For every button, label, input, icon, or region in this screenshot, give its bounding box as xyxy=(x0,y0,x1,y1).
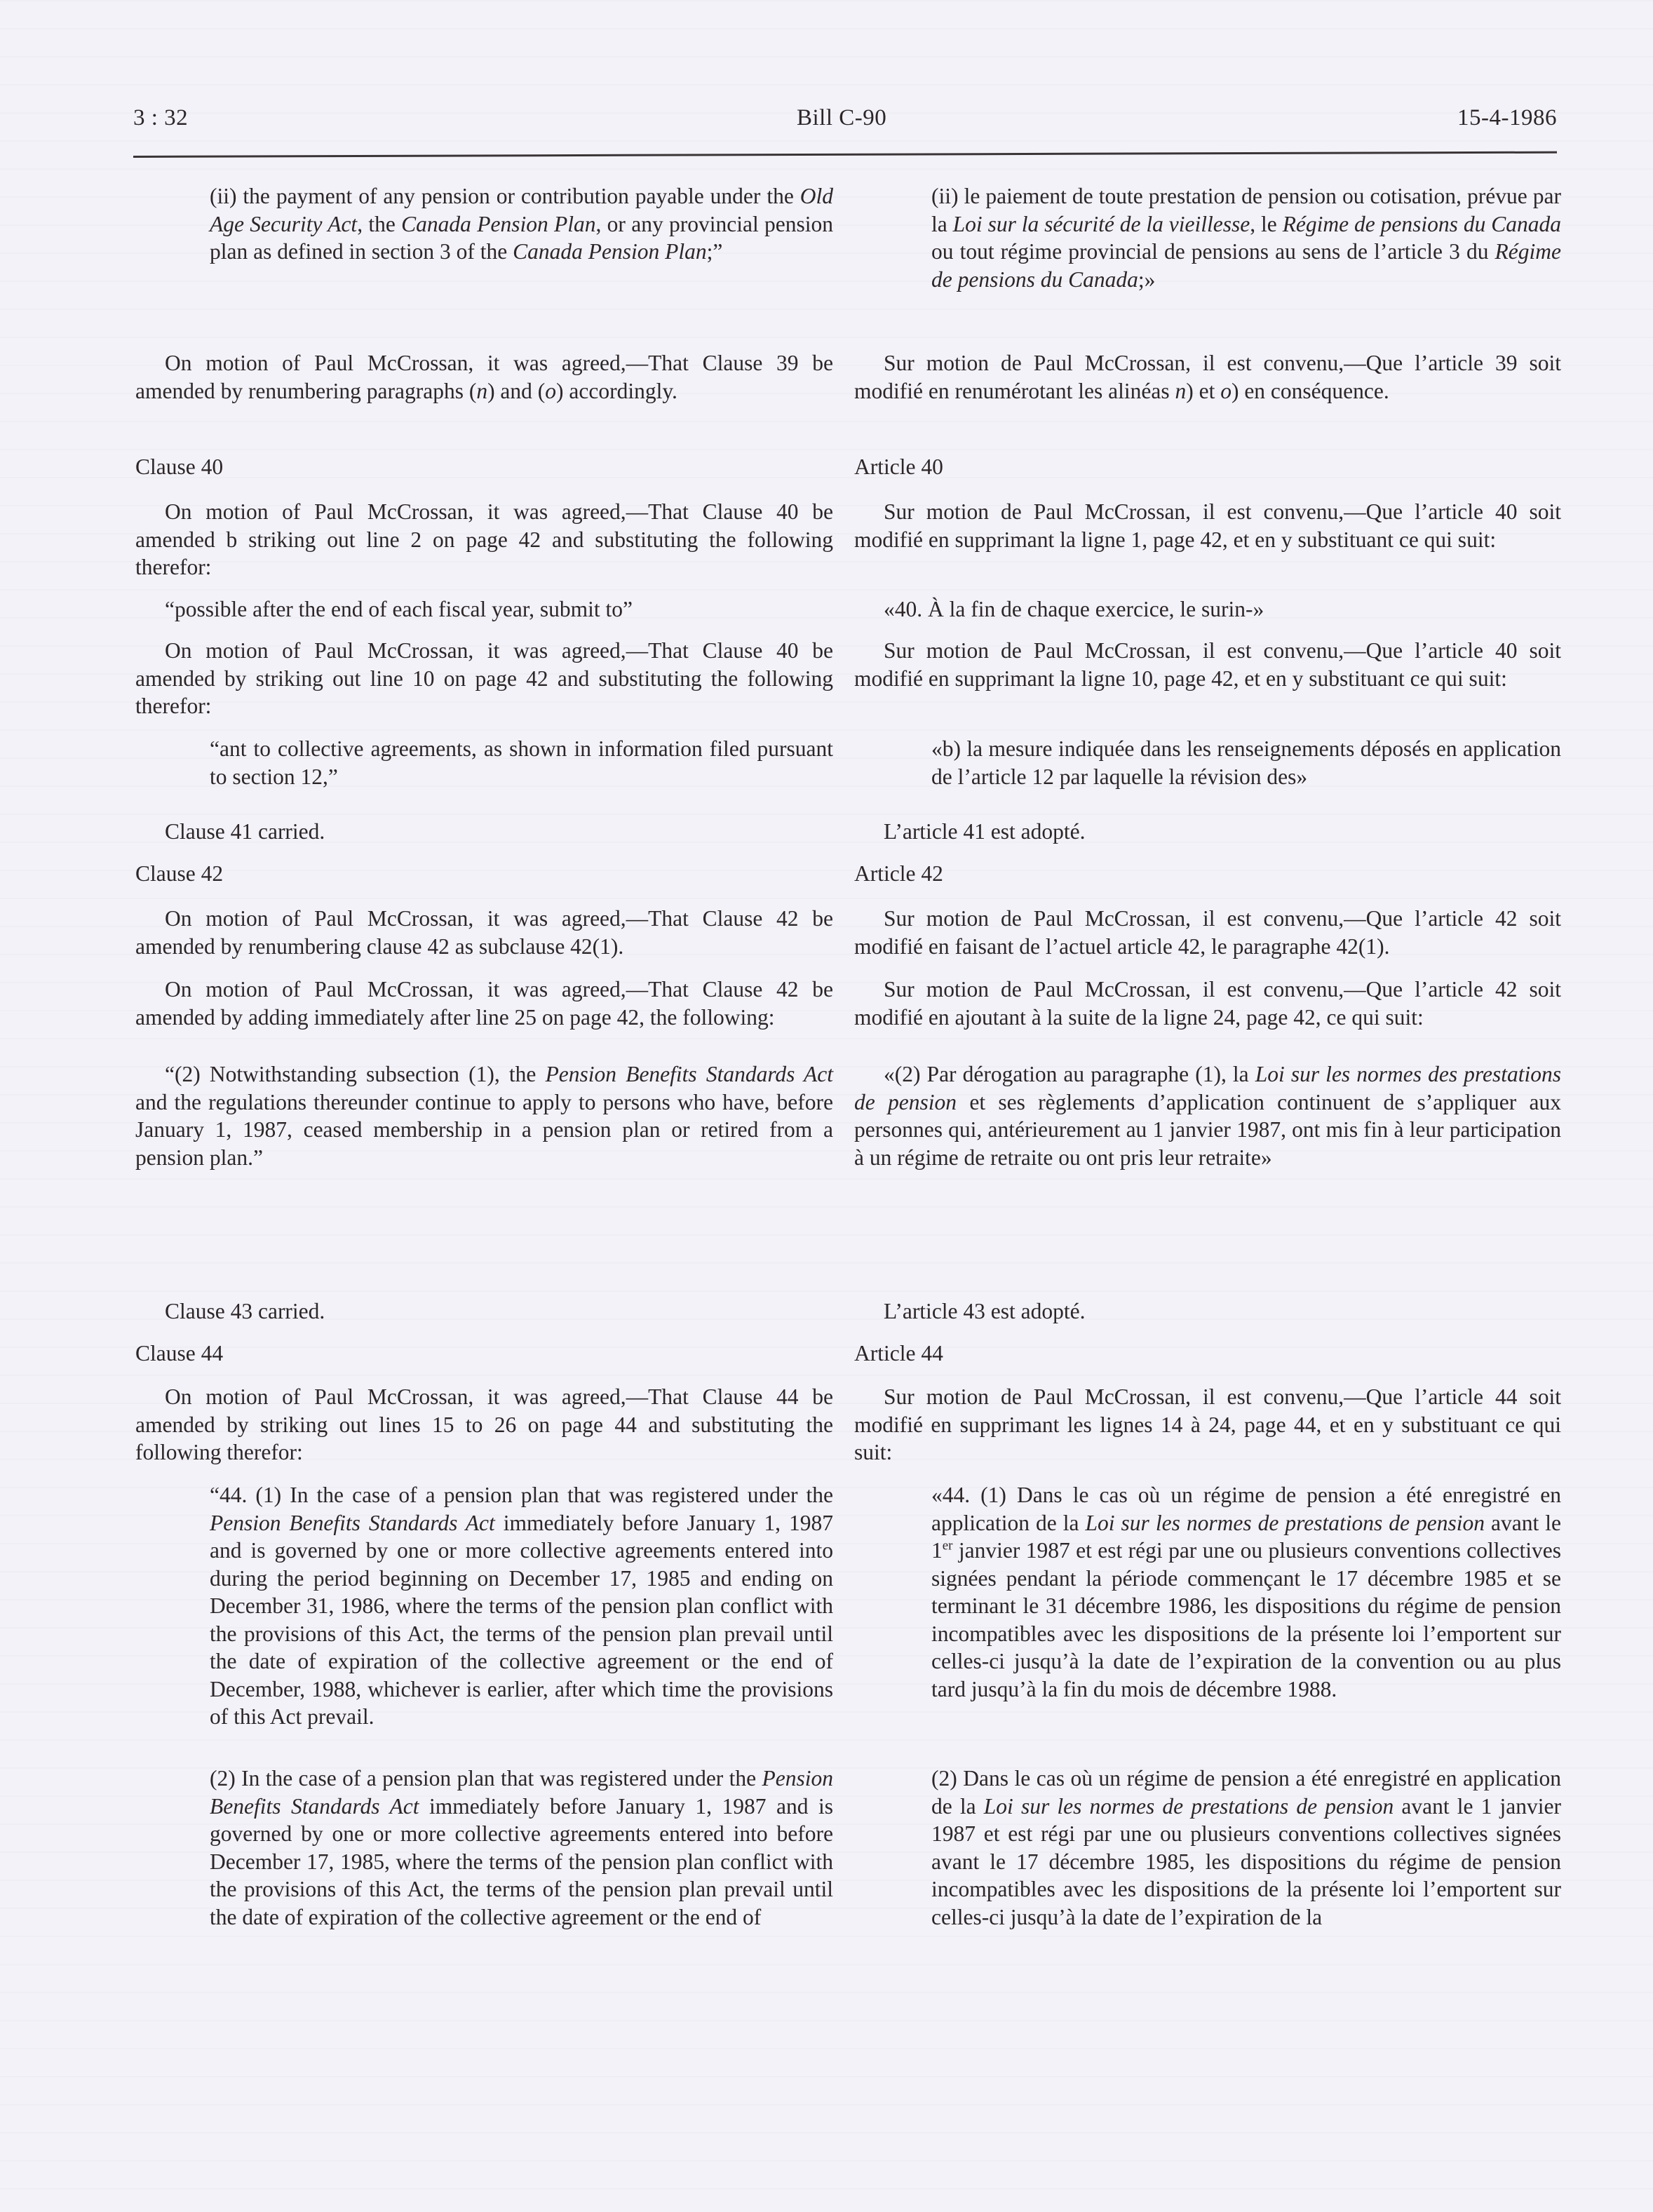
en-quote-clause-40-b: “ant to collective agreements, as shown … xyxy=(210,735,833,790)
fr-quote-article-40-a: «40. À la fin de chaque exercice, le sur… xyxy=(854,595,1561,623)
en-clause-41-carried: Clause 41 carried. xyxy=(135,818,833,846)
en-clause-43-carried: Clause 43 carried. xyxy=(135,1297,833,1326)
running-header: 3 : 32 Bill C-90 15-4-1986 xyxy=(133,105,1557,156)
fr-motion-article-40-a: Sur motion de Paul McCrossan, il est con… xyxy=(854,498,1561,553)
en-heading-clause-40: Clause 40 xyxy=(135,453,833,481)
header-date: 15-4-1986 xyxy=(1457,105,1557,131)
en-quote-clause-42: “(2) Notwithstanding subsection (1), the… xyxy=(135,1060,833,1171)
fr-quote-article-44-2: (2) Dans le cas où un régime de pension … xyxy=(931,1765,1561,1931)
en-heading-clause-42: Clause 42 xyxy=(135,860,833,888)
fr-heading-article-40: Article 40 xyxy=(854,453,1561,481)
document-page: 3 : 32 Bill C-90 15-4-1986 (ii) the paym… xyxy=(0,0,1653,2212)
en-subparagraph-ii: (ii) the payment of any pension or contr… xyxy=(210,182,833,266)
en-quote-clause-44-1: “44. (1) In the case of a pension plan t… xyxy=(210,1481,833,1731)
en-motion-clause-40-b: On motion of Paul McCrossan, it was agre… xyxy=(135,637,833,720)
en-motion-clause-44: On motion of Paul McCrossan, it was agre… xyxy=(135,1383,833,1466)
fr-heading-article-42: Article 42 xyxy=(854,860,1561,888)
fr-motion-article-44: Sur motion de Paul McCrossan, il est con… xyxy=(854,1383,1561,1466)
en-motion-clause-42-b: On motion of Paul McCrossan, it was agre… xyxy=(135,976,833,1031)
fr-quote-article-44-1: «44. (1) Dans le cas où un régime de pen… xyxy=(931,1481,1561,1703)
fr-motion-article-40-b: Sur motion de Paul McCrossan, il est con… xyxy=(854,637,1561,692)
fr-article-43-adopted: L’article 43 est adopté. xyxy=(854,1297,1561,1326)
en-motion-clause-42-a: On motion of Paul McCrossan, it was agre… xyxy=(135,905,833,960)
bill-title: Bill C-90 xyxy=(797,105,886,131)
fr-heading-article-44: Article 44 xyxy=(854,1340,1561,1368)
fr-subparagraph-ii: (ii) le paiement de toute prestation de … xyxy=(931,182,1561,293)
en-motion-clause-40-a: On motion of Paul McCrossan, it was agre… xyxy=(135,498,833,581)
fr-motion-article-39: Sur motion de Paul McCrossan, il est con… xyxy=(854,349,1561,405)
fr-motion-article-42-a: Sur motion de Paul McCrossan, il est con… xyxy=(854,905,1561,960)
fr-motion-article-42-b: Sur motion de Paul McCrossan, il est con… xyxy=(854,976,1561,1031)
en-quote-clause-40-a: “possible after the end of each fiscal y… xyxy=(135,595,833,623)
fr-quote-article-40-b: «b) la mesure indiquée dans les renseign… xyxy=(931,735,1561,790)
en-motion-clause-39: On motion of Paul McCrossan, it was agre… xyxy=(135,349,833,405)
fr-quote-article-42: «(2) Par dérogation au paragraphe (1), l… xyxy=(854,1060,1561,1171)
page-number: 3 : 32 xyxy=(133,105,188,131)
en-quote-clause-44-2: (2) In the case of a pension plan that w… xyxy=(210,1765,833,1931)
en-heading-clause-44: Clause 44 xyxy=(135,1340,833,1368)
fr-article-41-adopted: L’article 41 est adopté. xyxy=(854,818,1561,846)
